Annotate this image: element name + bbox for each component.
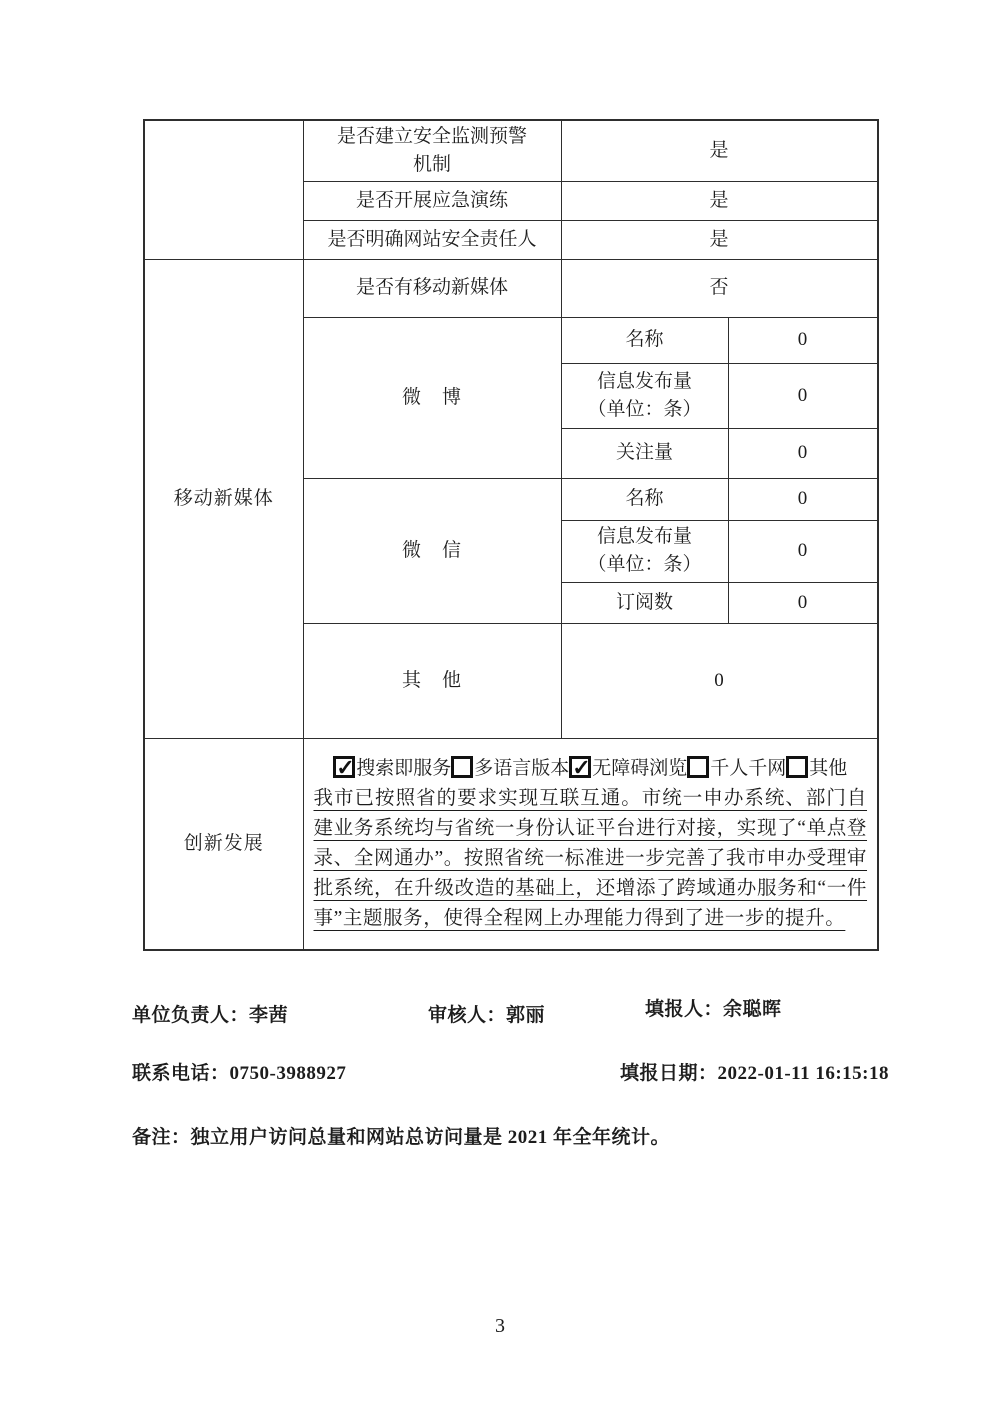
wechat-subscribers-value: 0 [728, 582, 878, 623]
table-row: 是否建立安全监测预警 机制 是 [144, 120, 878, 181]
security-officer-label: 是否明确网站安全责任人 [303, 220, 561, 259]
section-label-innovation: 创新发展 [144, 738, 303, 950]
weibo-followers-label: 关注量 [561, 428, 728, 478]
innovation-description: 我市已按照省的要求实现互联互通。市统一申办系统、部门自建业务系统均与省统一身份认… [314, 784, 868, 934]
unit-head-field: 单位负责人：李茜 [132, 1000, 288, 1027]
checkbox-label: 无障碍浏览 [592, 758, 687, 779]
wechat-label: 微 信 [303, 478, 561, 623]
checkbox-item: 无障碍浏览 [569, 758, 687, 779]
security-officer-value: 是 [561, 220, 878, 259]
table-row: 创新发展 搜索即服务多语言版本无障碍浏览千人千网其他 我市已按照省的要求实现互联… [144, 738, 878, 950]
other-media-label: 其 他 [303, 623, 561, 738]
has-mobile-media-label: 是否有移动新媒体 [303, 259, 561, 317]
website-report-table: 是否建立安全监测预警 机制 是 是否开展应急演练 是 是否明确网站安全责任人 是… [143, 119, 879, 951]
page-number: 3 [0, 1315, 1000, 1338]
checkbox-label: 多语言版本 [474, 758, 569, 779]
weibo-followers-value: 0 [728, 428, 878, 478]
checkbox-icon-multilingual [451, 756, 473, 778]
weibo-name-label: 名称 [561, 317, 728, 363]
filler-field: 填报人：余聪晖 [645, 994, 782, 1021]
checkbox-label: 其他 [809, 758, 847, 779]
contact-phone-field: 联系电话：0750-3988927 [132, 1058, 346, 1085]
table-row: 移动新媒体 是否有移动新媒体 否 [144, 259, 878, 317]
report-page: 是否建立安全监测预警 机制 是 是否开展应急演练 是 是否明确网站安全责任人 是… [0, 0, 1000, 1414]
innovation-content-cell: 搜索即服务多语言版本无障碍浏览千人千网其他 我市已按照省的要求实现互联互通。市统… [303, 738, 878, 950]
checkbox-icon-other [786, 756, 808, 778]
category-cell-empty [144, 120, 303, 259]
checkbox-icon-search-service [333, 756, 355, 778]
emergency-drill-value: 是 [561, 181, 878, 220]
reviewer-field: 审核人：郭丽 [428, 1000, 545, 1027]
checkbox-label: 千人千网 [710, 758, 786, 779]
checkbox-item: 搜索即服务 [333, 758, 451, 779]
checkbox-label: 搜索即服务 [356, 758, 451, 779]
wechat-name-value: 0 [728, 478, 878, 520]
other-media-value: 0 [561, 623, 878, 738]
checkbox-icon-accessibility [569, 756, 591, 778]
weibo-label: 微 博 [303, 317, 561, 478]
weibo-name-value: 0 [728, 317, 878, 363]
security-monitor-value: 是 [561, 120, 878, 181]
weibo-posts-value: 0 [728, 363, 878, 428]
weibo-posts-label: 信息发布量 （单位：条） [561, 363, 728, 428]
wechat-posts-label: 信息发布量 （单位：条） [561, 520, 728, 582]
security-monitor-label: 是否建立安全监测预警 机制 [303, 120, 561, 181]
checkbox-item: 千人千网 [687, 758, 786, 779]
checkbox-item: 多语言版本 [451, 758, 569, 779]
wechat-subscribers-label: 订阅数 [561, 582, 728, 623]
innovation-checkbox-line: 搜索即服务多语言版本无障碍浏览千人千网其他 [314, 754, 868, 784]
wechat-posts-value: 0 [728, 520, 878, 582]
checkbox-item: 其他 [786, 758, 847, 779]
section-label-mobile-media: 移动新媒体 [144, 259, 303, 738]
checkbox-icon-personalized [687, 756, 709, 778]
has-mobile-media-value: 否 [561, 259, 878, 317]
emergency-drill-label: 是否开展应急演练 [303, 181, 561, 220]
wechat-name-label: 名称 [561, 478, 728, 520]
fill-date-field: 填报日期：2022-01-11 16:15:18 [620, 1058, 889, 1085]
remark-field: 备注：独立用户访问总量和网站总访问量是 2021 年全年统计。 [132, 1122, 670, 1149]
